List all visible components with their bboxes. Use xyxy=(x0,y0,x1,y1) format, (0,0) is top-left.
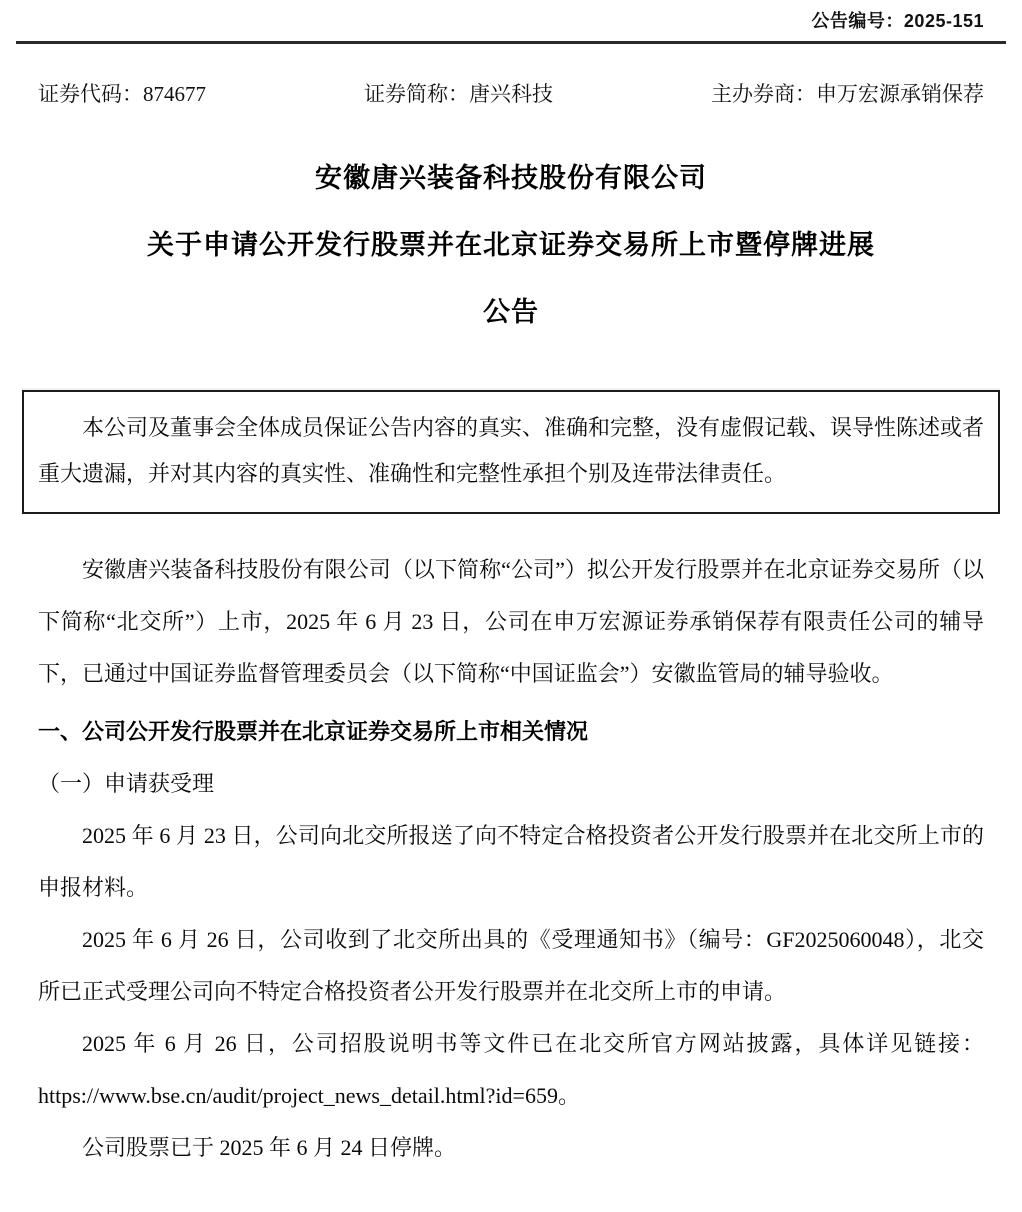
disclaimer-box: 本公司及董事会全体成员保证公告内容的真实、准确和完整，没有虚假记载、误导性陈述或… xyxy=(22,390,1000,514)
disclosure-link-paragraph: 2025 年 6 月 26 日，公司招股说明书等文件已在北交所官方网站披露，具体… xyxy=(38,1018,984,1122)
acceptance-paragraph: 2025 年 6 月 26 日，公司收到了北交所出具的《受理通知书》（编号：GF… xyxy=(38,914,984,1018)
title-subject: 关于申请公开发行股票并在北京证券交易所上市暨停牌进展 xyxy=(38,227,984,263)
title-announcement-word: 公告 xyxy=(38,294,984,330)
document-title: 安徽唐兴装备科技股份有限公司 关于申请公开发行股票并在北京证券交易所上市暨停牌进… xyxy=(38,160,984,330)
subsection-1-1-heading: （一）申请获受理 xyxy=(38,758,984,810)
filing-paragraph: 2025 年 6 月 23 日，公司向北交所报送了向不特定合格投资者公开发行股票… xyxy=(38,810,984,914)
section-1-heading: 一、公司公开发行股票并在北京证券交易所上市相关情况 xyxy=(38,706,984,758)
disclaimer-text: 本公司及董事会全体成员保证公告内容的真实、准确和完整，没有虚假记载、误导性陈述或… xyxy=(38,405,984,497)
header-divider xyxy=(16,41,1006,44)
intro-paragraph: 安徽唐兴装备科技股份有限公司（以下简称“公司”）拟公开发行股票并在北京证券交易所… xyxy=(38,544,984,700)
announcement-document: 公告编号：2025-151 证券代码：874677 证券简称：唐兴科技 主办券商… xyxy=(0,0,1022,1212)
stock-code: 证券代码：874677 xyxy=(38,78,206,108)
stock-short-name: 证券简称：唐兴科技 xyxy=(364,78,553,108)
sponsor-broker: 主办券商：申万宏源承销保荐 xyxy=(711,78,984,108)
title-company-name: 安徽唐兴装备科技股份有限公司 xyxy=(38,160,984,196)
security-info-row: 证券代码：874677 证券简称：唐兴科技 主办券商：申万宏源承销保荐 xyxy=(38,78,984,108)
announcement-number: 公告编号：2025-151 xyxy=(38,8,984,34)
suspension-paragraph: 公司股票已于 2025 年 6 月 24 日停牌。 xyxy=(38,1122,984,1174)
document-body: 安徽唐兴装备科技股份有限公司（以下简称“公司”）拟公开发行股票并在北京证券交易所… xyxy=(38,544,984,1174)
